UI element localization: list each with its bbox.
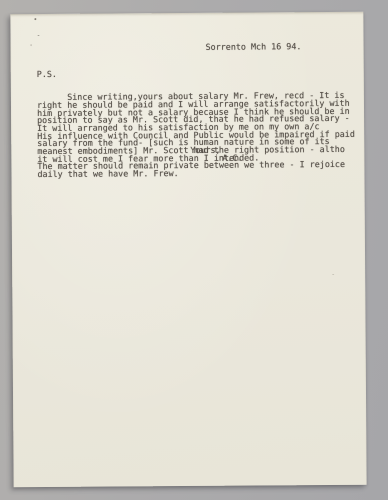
letter-body-lines: Since writing,yours about salary Mr. Fre… [37,92,355,178]
photo-background: Sorrento Mch 16 94. P.S. Since writing,y… [0,0,388,500]
letter-dateline: Sorrento Mch 16 94. [206,43,302,51]
paper-speck [31,44,32,46]
paper-speck [37,35,39,36]
postscript-label: P.S. [37,69,355,79]
letter-signature: A.C. [222,155,242,163]
paper-speck [34,18,36,20]
letter-body: P.S. Since writing,yours about salary Mr… [37,54,356,194]
paper-speck [332,274,334,275]
letter-closing: Yours, [190,147,220,155]
letter-body-line: daily that we have Mr. Frew. [37,169,355,179]
letter-paper: Sorrento Mch 16 94. P.S. Since writing,y… [10,12,366,487]
